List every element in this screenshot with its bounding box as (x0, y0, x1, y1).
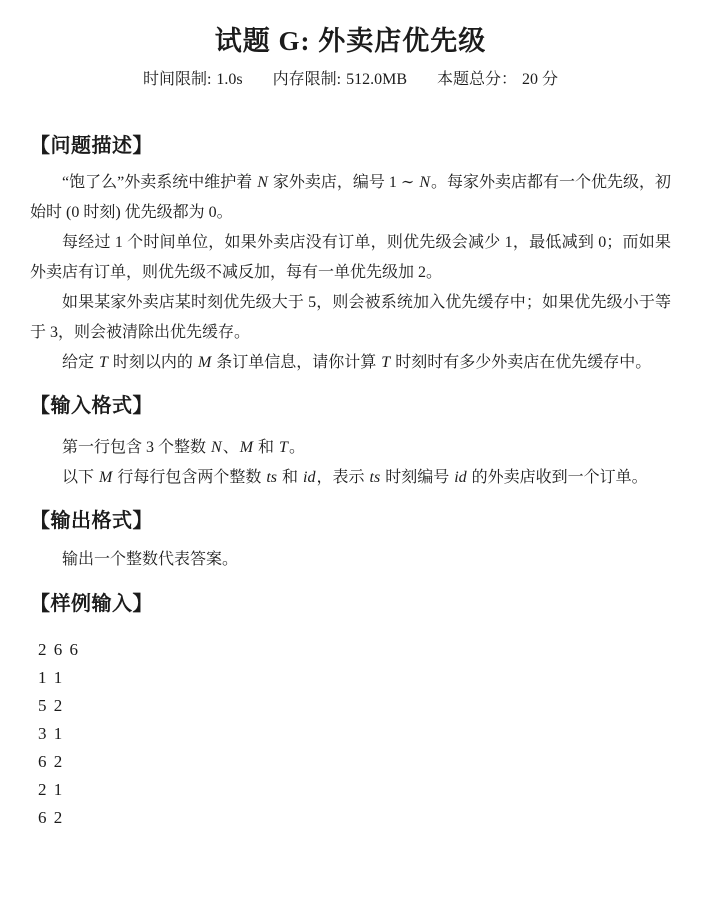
text-run: 和 (278, 469, 302, 486)
description-paragraph: “饱了么”外卖系统中维护着 N 家外卖店，编号 1 ∼ N。每家外卖店都有一个优… (30, 168, 671, 228)
description-paragraph: 如果某家外卖店某时刻优先级大于 5，则会被系统加入优先缓存中；如果优先级小于等于… (30, 288, 671, 348)
text-run: 。 (289, 439, 305, 456)
text-run: 时刻时有多少外卖店在优先缓存中。 (391, 354, 651, 371)
text-run: “饱了么”外卖系统中维护着 (62, 174, 256, 191)
sample-input-line: 5 2 (38, 692, 671, 720)
output-format-body: 输出一个整数代表答案。 (30, 545, 671, 575)
time-limit: 时间限制:1.0s (143, 71, 243, 89)
text-run: 输出一个整数代表答案。 (62, 551, 238, 568)
description-body: “饱了么”外卖系统中维护着 N 家外卖店，编号 1 ∼ N。每家外卖店都有一个优… (30, 168, 671, 378)
section-heading-output-format: 【输出格式】 (30, 510, 671, 533)
input-format-paragraph: 第一行包含 3 个整数 N、M 和 T。 (30, 433, 671, 463)
text-run: ，表示 (317, 469, 369, 486)
text-run: 条订单信息，请你计算 (212, 354, 380, 371)
sample-input-line: 2 1 (38, 776, 671, 804)
total-score: 本题总分：20 分 (437, 71, 558, 89)
sample-input-line: 3 1 (38, 720, 671, 748)
section-heading-sample-input: 【样例输入】 (30, 593, 671, 616)
description-paragraph: 给定 T 时刻以内的 M 条订单信息，请你计算 T 时刻时有多少外卖店在优先缓存… (30, 348, 671, 378)
text-run: 每经过 1 个时间单位，如果外卖店没有订单，则优先级会减少 1，最低减到 0；而… (30, 234, 671, 281)
math-variable: T (278, 439, 289, 456)
total-score-label: 本题总分： (437, 71, 517, 88)
math-variable: M (98, 469, 113, 486)
text-run: 以下 (62, 469, 98, 486)
math-variable: M (239, 439, 254, 456)
math-variable: N (418, 174, 431, 191)
math-variable: T (98, 354, 109, 371)
math-variable: ts (265, 469, 278, 486)
memory-limit: 内存限制:512.0MB (273, 71, 407, 89)
text-run: 时刻编号 (381, 469, 453, 486)
limits-row: 时间限制:1.0s 内存限制:512.0MB 本题总分：20 分 (30, 71, 671, 89)
math-variable: id (302, 469, 316, 486)
input-format-body: 第一行包含 3 个整数 N、M 和 T。 以下 M 行每行包含两个整数 ts 和… (30, 433, 671, 493)
problem-title: 试题 G: 外卖店优先级 (30, 24, 671, 58)
math-variable: ts (369, 469, 382, 486)
sample-input-block: 2 6 61 15 23 16 22 16 2 (38, 636, 671, 832)
output-format-paragraph: 输出一个整数代表答案。 (30, 545, 671, 575)
math-variable: N (256, 174, 269, 191)
text-run: 如果某家外卖店某时刻优先级大于 5，则会被系统加入优先缓存中；如果优先级小于等于… (30, 294, 671, 341)
sample-input-line: 1 1 (38, 664, 671, 692)
time-limit-value: 1.0s (216, 71, 242, 88)
math-variable: M (197, 354, 212, 371)
text-run: 和 (254, 439, 278, 456)
math-variable: id (453, 469, 467, 486)
sample-input-line: 6 2 (38, 804, 671, 832)
section-heading-description: 【问题描述】 (30, 135, 671, 158)
text-run: 的外卖店收到一个订单。 (468, 469, 648, 486)
sample-input-line: 2 6 6 (38, 636, 671, 664)
text-run: 时刻以内的 (109, 354, 197, 371)
text-run: 、 (223, 439, 239, 456)
input-format-paragraph: 以下 M 行每行包含两个整数 ts 和 id，表示 ts 时刻编号 id 的外卖… (30, 463, 671, 493)
math-variable: T (380, 354, 391, 371)
text-run: 第一行包含 3 个整数 (62, 439, 210, 456)
math-variable: N (210, 439, 223, 456)
time-limit-label: 时间限制: (143, 71, 211, 88)
sample-input-line: 6 2 (38, 748, 671, 776)
description-paragraph: 每经过 1 个时间单位，如果外卖店没有订单，则优先级会减少 1，最低减到 0；而… (30, 228, 671, 288)
problem-statement-page: 试题 G: 外卖店优先级 时间限制:1.0s 内存限制:512.0MB 本题总分… (0, 0, 701, 901)
text-run: 家外卖店，编号 1 ∼ (269, 174, 418, 191)
section-heading-input-format: 【输入格式】 (30, 395, 671, 418)
total-score-value: 20 分 (522, 71, 558, 88)
text-run: 给定 (62, 354, 98, 371)
memory-limit-label: 内存限制: (273, 71, 341, 88)
memory-limit-value: 512.0MB (346, 71, 407, 88)
text-run: 行每行包含两个整数 (113, 469, 265, 486)
